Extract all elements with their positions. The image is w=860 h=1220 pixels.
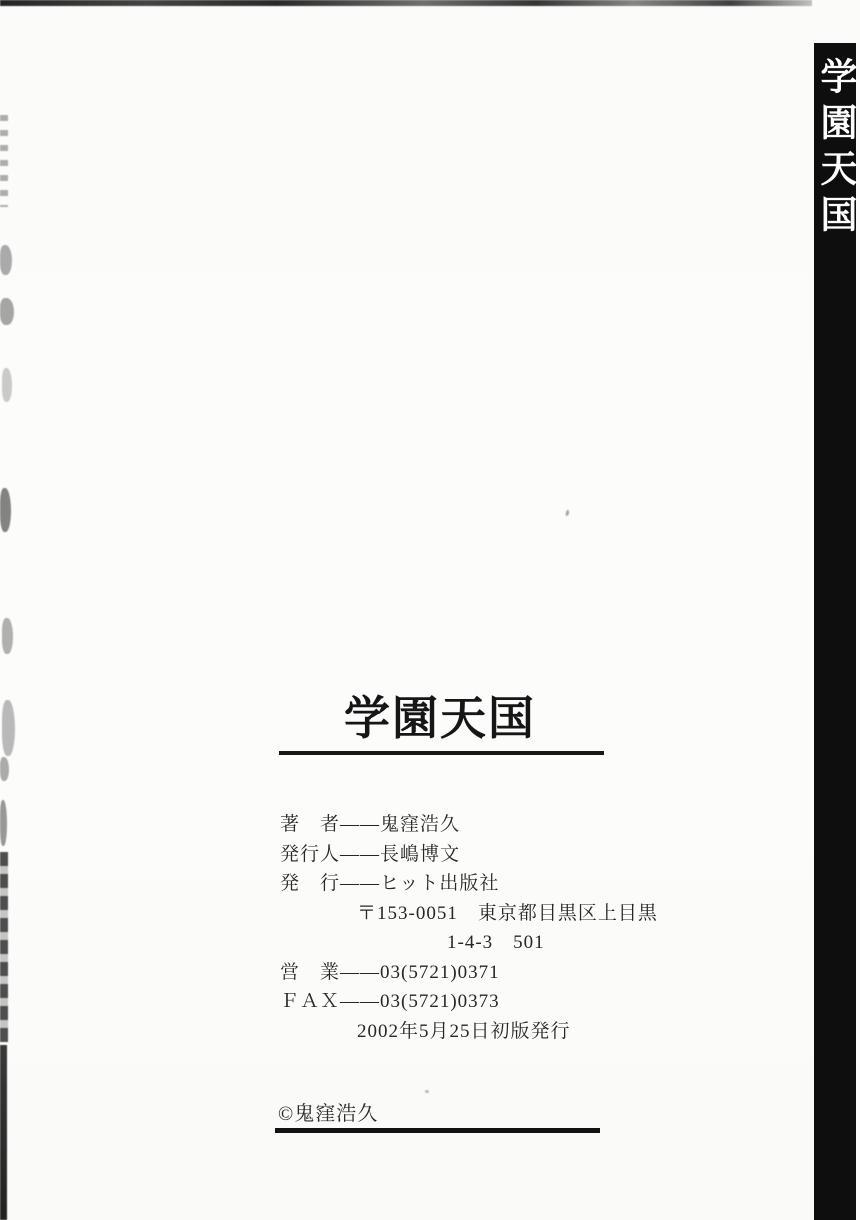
spine-title: 学園天国: [814, 57, 856, 241]
scan-artifact: [565, 510, 569, 517]
spine-bar: 学園天国: [814, 43, 856, 1220]
bottom-divider: [275, 1128, 600, 1133]
scan-artifact: [0, 852, 8, 1042]
scan-artifact: [0, 298, 14, 325]
colophon-line-address: 〒153-0051 東京都目黒区上目黒: [280, 899, 658, 929]
scan-artifact: [425, 1090, 429, 1093]
book-title: 学園天国: [270, 682, 610, 748]
colophon-line-sales: 営 業——03(5721)0371: [280, 958, 658, 988]
scan-artifact: [0, 488, 11, 532]
colophon-block: 著 者——鬼窪浩久 発行人——長嶋博文 発 行——ヒット出版社 〒153-005…: [280, 810, 658, 1046]
scan-artifact: [0, 1045, 7, 1220]
colophon-line-edition: 2002年5月25日初版発行: [280, 1017, 658, 1047]
colophon-line-fax: ＦＡＸ——03(5721)0373: [280, 987, 658, 1017]
title-divider: [279, 751, 604, 755]
scan-artifact: [0, 757, 9, 781]
colophon-line-publisher: 発行人——長嶋博文: [280, 840, 658, 870]
scan-artifact: [2, 618, 13, 654]
colophon-line-imprint: 発 行——ヒット出版社: [280, 869, 658, 899]
scanned-page: 学園天国 学園天国 著 者——鬼窪浩久 発行人——長嶋博文 発 行——ヒット出版…: [0, 0, 860, 1220]
scan-artifact: [0, 800, 7, 846]
scan-artifact: [2, 700, 15, 756]
scan-artifact: [0, 115, 8, 207]
colophon-line-author: 著 者——鬼窪浩久: [280, 810, 658, 840]
page-top-scan-edge: [0, 0, 812, 6]
scan-artifact: [2, 368, 12, 402]
copyright-line: ©鬼窪浩久: [278, 1097, 378, 1126]
scan-artifact: [0, 245, 12, 275]
colophon-line-address2: 1-4-3 501: [280, 928, 658, 958]
